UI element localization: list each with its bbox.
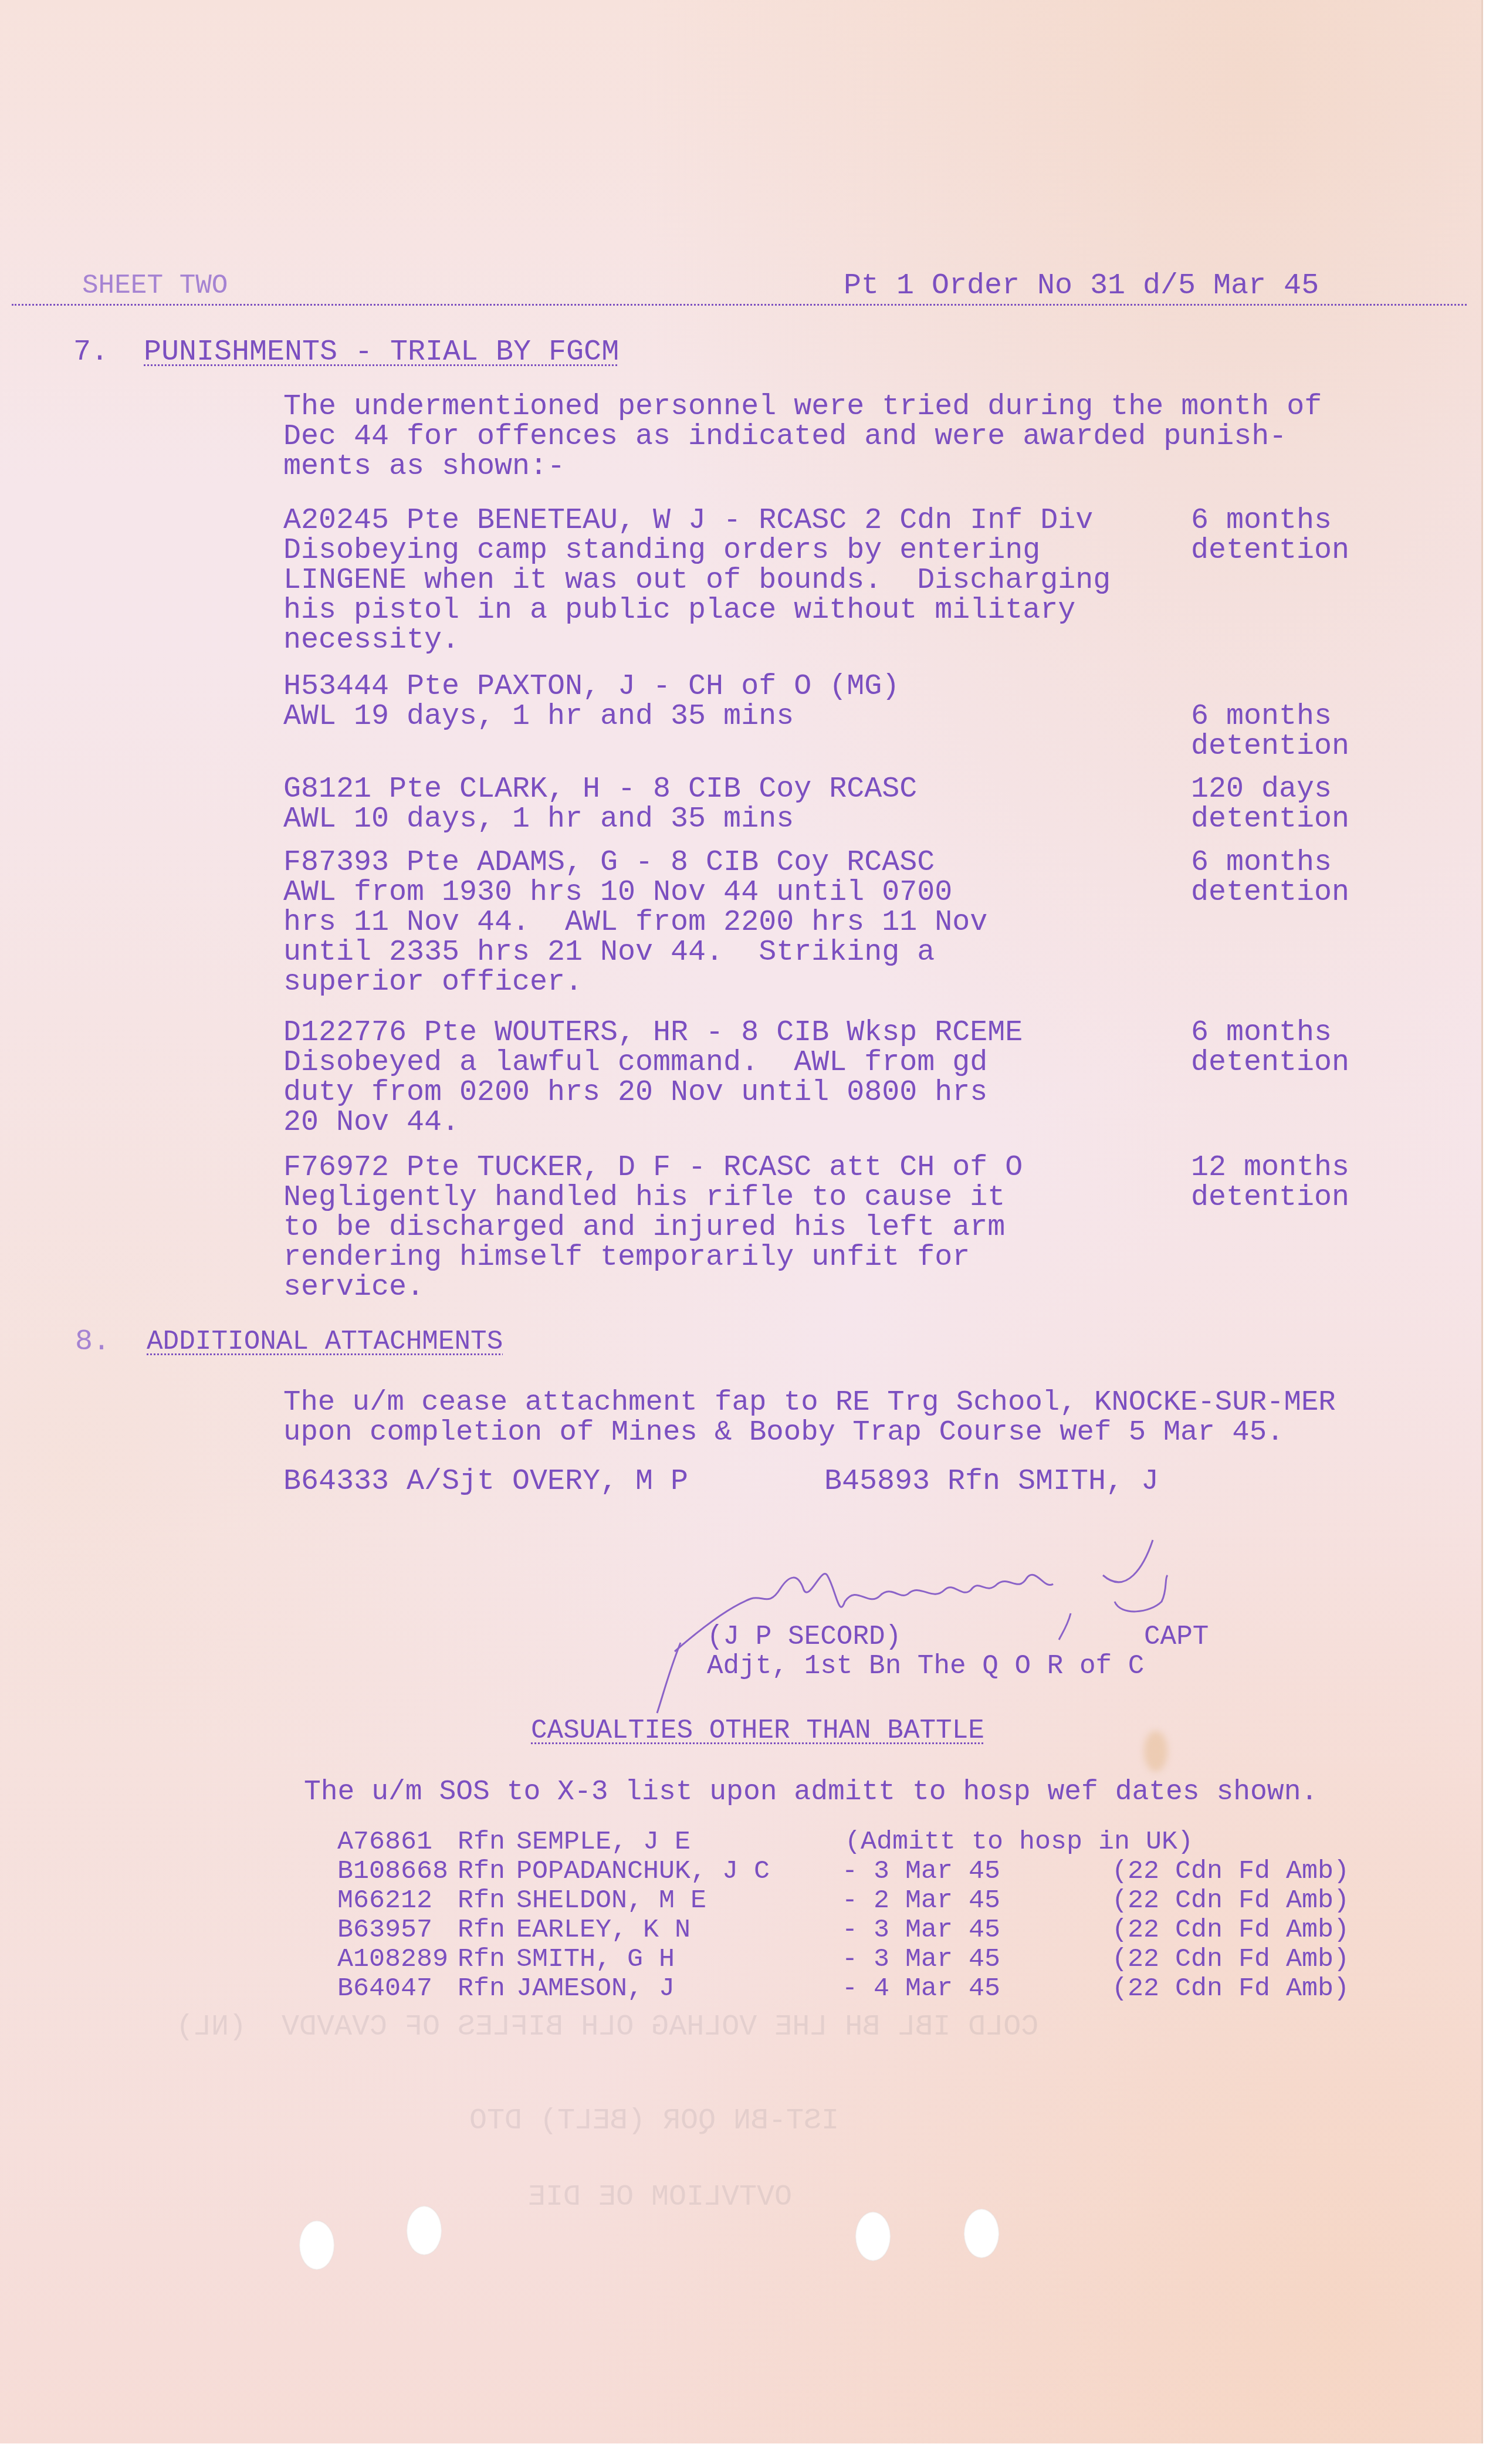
- casualty-number: B64047: [337, 1974, 432, 2003]
- casualty-date: - 2 Mar 45: [842, 1886, 1000, 1915]
- casualty-unit: (22 Cdn Fd Amb): [1112, 1974, 1349, 2003]
- casualty-name: EARLEY, K N: [516, 1915, 691, 1945]
- handwritten-signature: [634, 1519, 1250, 1719]
- casualty-date: - 3 Mar 45: [842, 1915, 1000, 1945]
- punishment-entry: D122776 Pte WOUTERS, HR - 8 CIB Wksp RCE…: [283, 1018, 1222, 1138]
- entry-heading: H53444 Pte PAXTON, J - CH of O (MG): [283, 672, 1222, 702]
- punishment-line: detention: [1191, 536, 1349, 566]
- casualty-rank: Rfn: [458, 1945, 505, 1974]
- entry-offence-line: Negligently handled his rifle to cause i…: [283, 1183, 1222, 1213]
- entry-offence-line: LINGENE when it was out of bounds. Disch…: [283, 566, 1222, 595]
- casualty-unit: (22 Cdn Fd Amb): [1112, 1945, 1349, 1974]
- document-page: COLD IBL BH LHE VOLHAG OLH BIFLES OF CVA…: [0, 0, 1483, 2443]
- punch-hole: [407, 2206, 442, 2255]
- casualty-number: A76861: [337, 1827, 432, 1857]
- show-through-text: COLD IBL BH LHE VOLHAG OLH BIFLES OF CVA…: [176, 2012, 1038, 2042]
- entry-heading: F87393 Pte ADAMS, G - 8 CIB Coy RCASC: [283, 848, 1222, 878]
- punishment-awarded: 6 monthsdetention: [1191, 702, 1349, 761]
- punishment-line: detention: [1191, 1048, 1349, 1078]
- entry-offence-line: to be discharged and injured his left ar…: [283, 1213, 1222, 1243]
- punishment-line: 6 months: [1191, 506, 1349, 536]
- casualty-unit: (22 Cdn Fd Amb): [1112, 1857, 1349, 1886]
- entry-offence-line: 20 Nov 44.: [283, 1108, 1222, 1138]
- casualties-title: CASUALTIES OTHER THAN BATTLE: [531, 1716, 984, 1746]
- header-rule: [12, 304, 1467, 306]
- intro-line: The undermentioned personnel were tried …: [283, 392, 1322, 422]
- casualty-rank: Rfn: [458, 1857, 505, 1886]
- casualty-date: - 4 Mar 45: [842, 1974, 1000, 2003]
- punishment-awarded: 6 monthsdetention: [1191, 1018, 1349, 1078]
- casualty-rank: Rfn: [458, 1886, 505, 1915]
- attached-person: B45893 Rfn SMITH, J: [824, 1467, 1159, 1497]
- punishment-awarded: 120 daysdetention: [1191, 774, 1349, 834]
- punishment-line: detention: [1191, 1183, 1349, 1213]
- entry-offence-line: AWL 19 days, 1 hr and 35 mins: [283, 702, 1222, 732]
- section-title: PUNISHMENTS - TRIAL BY FGCM: [144, 337, 619, 367]
- punishment-line: 12 months: [1191, 1153, 1349, 1183]
- punishment-entry: F76972 Pte TUCKER, D F - RCASC att CH of…: [283, 1153, 1222, 1302]
- show-through-text: OVTVLIOM OE DIE: [528, 2182, 792, 2212]
- punch-hole: [855, 2212, 891, 2261]
- punishment-awarded: 6 monthsdetention: [1191, 506, 1349, 566]
- entry-offence-line: his pistol in a public place without mil…: [283, 595, 1222, 625]
- sheet-label: SHEET TWO: [82, 271, 228, 301]
- entry-offence-line: service.: [283, 1272, 1222, 1302]
- casualty-number: A108289: [337, 1945, 448, 1974]
- casualty-date: - 3 Mar 45: [842, 1945, 1000, 1974]
- section7-intro: The undermentioned personnel were tried …: [283, 392, 1322, 482]
- entry-offence-line: duty from 0200 hrs 20 Nov until 0800 hrs: [283, 1078, 1222, 1108]
- punishment-entry: A20245 Pte BENETEAU, W J - RCASC 2 Cdn I…: [283, 506, 1222, 655]
- signatory-rank: CAPT: [1144, 1622, 1209, 1652]
- casualty-name: POPADANCHUK, J C: [516, 1857, 770, 1886]
- order-reference: Pt 1 Order No 31 d/5 Mar 45: [844, 271, 1319, 301]
- punishment-line: detention: [1191, 878, 1349, 908]
- casualty-name: JAMESON, J: [516, 1974, 675, 2003]
- entry-heading: F76972 Pte TUCKER, D F - RCASC att CH of…: [283, 1153, 1222, 1183]
- punishment-line: 6 months: [1191, 1018, 1349, 1048]
- entry-heading: G8121 Pte CLARK, H - 8 CIB Coy RCASC: [283, 774, 1222, 804]
- entry-offence-line: superior officer.: [283, 967, 1222, 997]
- casualty-name: SEMPLE, J E: [516, 1827, 691, 1857]
- punishment-line: 6 months: [1191, 848, 1349, 878]
- entry-offence-line: hrs 11 Nov 44. AWL from 2200 hrs 11 Nov: [283, 908, 1222, 937]
- casualty-date: - 3 Mar 45: [842, 1857, 1000, 1886]
- signatory-name: (J P SECORD): [707, 1622, 901, 1652]
- punishment-entry: F87393 Pte ADAMS, G - 8 CIB Coy RCASCAWL…: [283, 848, 1222, 997]
- punishment-entry: H53444 Pte PAXTON, J - CH of O (MG)AWL 1…: [283, 672, 1222, 732]
- casualty-rank: Rfn: [458, 1915, 505, 1945]
- punishment-awarded: 6 monthsdetention: [1191, 848, 1349, 908]
- entry-offence-line: AWL from 1930 hrs 10 Nov 44 until 0700: [283, 878, 1222, 908]
- punch-hole: [964, 2209, 999, 2258]
- casualty-rank: Rfn: [458, 1827, 505, 1857]
- casualty-name: SMITH, G H: [516, 1945, 675, 1974]
- entry-offence-line: rendering himself temporarily unfit for: [283, 1243, 1222, 1272]
- casualty-number: M66212: [337, 1886, 432, 1915]
- casualty-unit: (22 Cdn Fd Amb): [1112, 1915, 1349, 1945]
- show-through-text: IST-BN QOR (BELT) DTO: [469, 2106, 839, 2136]
- body-line: upon completion of Mines & Booby Trap Co…: [283, 1417, 1336, 1447]
- signatory-appointment: Adjt, 1st Bn The Q O R of C: [707, 1651, 1144, 1681]
- casualty-date: (Admitt to hosp in UK): [845, 1827, 1193, 1857]
- intro-line: ments as shown:-: [283, 452, 1322, 482]
- entry-offence-line: Disobeying camp standing orders by enter…: [283, 536, 1222, 566]
- casualty-rank: Rfn: [458, 1974, 505, 2003]
- body-line: The u/m cease attachment fap to RE Trg S…: [283, 1387, 1336, 1417]
- punishment-line: 120 days: [1191, 774, 1349, 804]
- entry-offence-line: Disobeyed a lawful command. AWL from gd: [283, 1048, 1222, 1078]
- casualty-number: B63957: [337, 1915, 432, 1945]
- punch-hole: [299, 2221, 334, 2270]
- attached-person: B64333 A/Sjt OVERY, M P: [283, 1467, 688, 1497]
- casualties-intro: The u/m SOS to X-3 list upon admitt to h…: [304, 1778, 1318, 1808]
- punishment-entry: G8121 Pte CLARK, H - 8 CIB Coy RCASCAWL …: [283, 774, 1222, 834]
- punishment-line: detention: [1191, 732, 1349, 761]
- section-number: 7.: [73, 337, 109, 367]
- entry-offence-line: necessity.: [283, 625, 1222, 655]
- section8-body: The u/m cease attachment fap to RE Trg S…: [283, 1387, 1336, 1447]
- entry-offence-line: until 2335 hrs 21 Nov 44. Striking a: [283, 937, 1222, 967]
- casualty-unit: (22 Cdn Fd Amb): [1112, 1886, 1349, 1915]
- casualty-number: B108668: [337, 1857, 448, 1886]
- punishment-line: 6 months: [1191, 702, 1349, 732]
- section-number: 8.: [75, 1327, 110, 1357]
- paper-stain: [1144, 1731, 1167, 1772]
- entry-offence-line: AWL 10 days, 1 hr and 35 mins: [283, 804, 1222, 834]
- punishment-awarded: 12 monthsdetention: [1191, 1153, 1349, 1213]
- entry-heading: A20245 Pte BENETEAU, W J - RCASC 2 Cdn I…: [283, 506, 1222, 536]
- entry-heading: D122776 Pte WOUTERS, HR - 8 CIB Wksp RCE…: [283, 1018, 1222, 1048]
- casualty-name: SHELDON, M E: [516, 1886, 706, 1915]
- intro-line: Dec 44 for offences as indicated and wer…: [283, 422, 1322, 452]
- punishment-line: detention: [1191, 804, 1349, 834]
- section-title: ADDITIONAL ATTACHMENTS: [147, 1327, 503, 1357]
